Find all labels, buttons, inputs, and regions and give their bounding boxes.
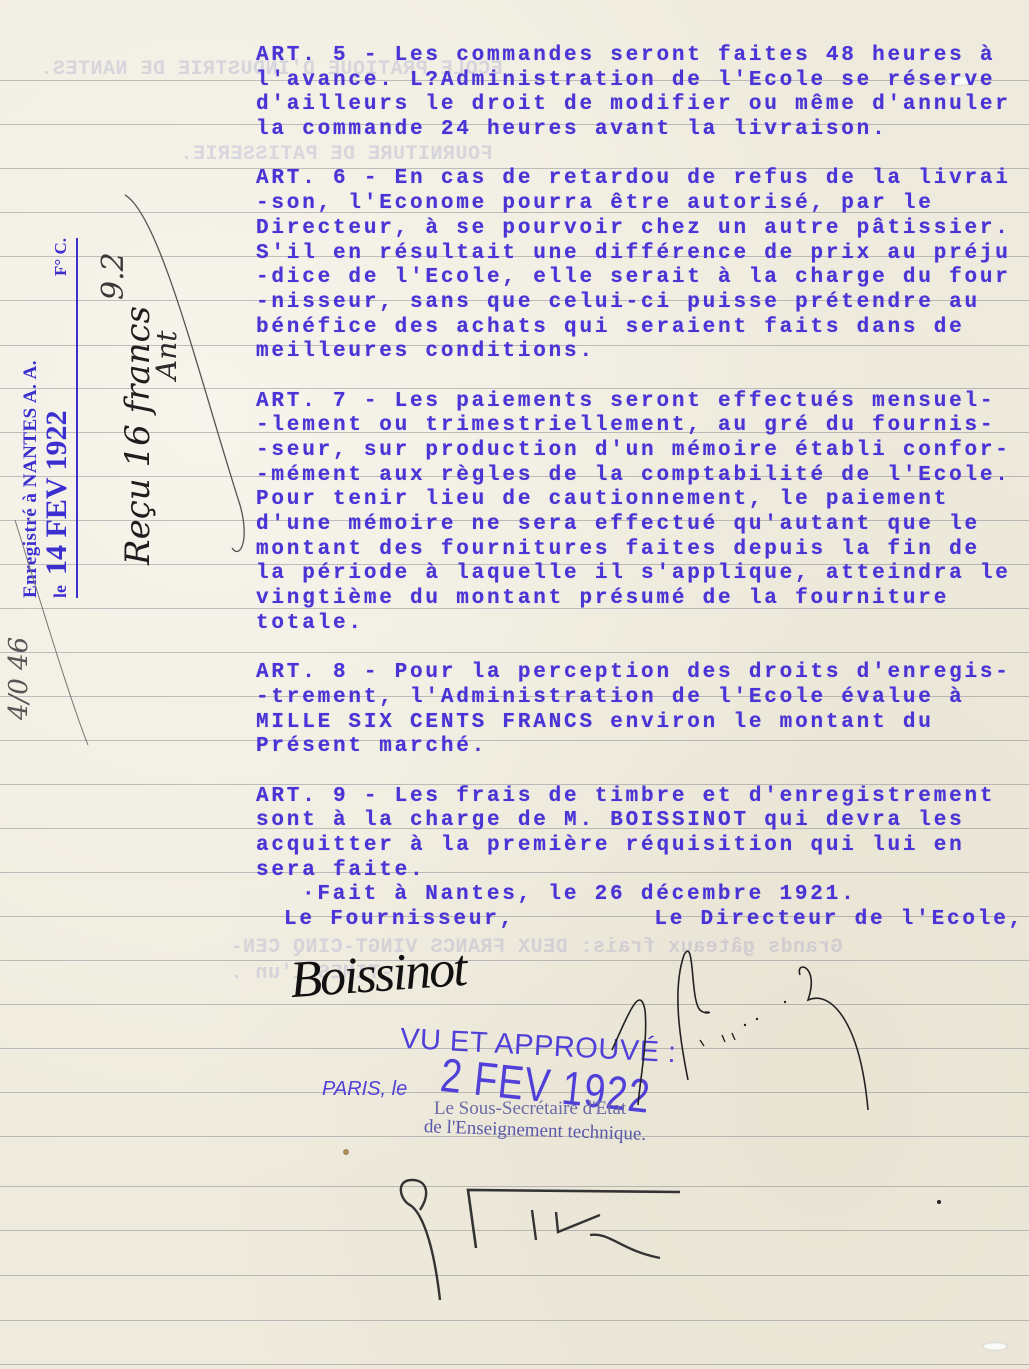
approval-caption: Le Sous-Secrétaire d'Etat de l'Enseignem… bbox=[340, 1098, 720, 1142]
text-line: la période à laquelle il s'applique, att… bbox=[256, 562, 1016, 587]
text-line: Présent marché. bbox=[256, 735, 1016, 760]
text-line: d'une mémoire ne sera effectué qu'autant… bbox=[256, 513, 1016, 538]
ruled-line bbox=[0, 1230, 1029, 1231]
text-line: MILLE SIX CENTS FRANCS environ le montan… bbox=[256, 711, 1016, 736]
ruled-line bbox=[0, 960, 1029, 961]
text-line: ART. 9 - Les frais de timbre et d'enregi… bbox=[256, 785, 1016, 810]
handwritten-margin-note: 4/0 46 bbox=[4, 637, 34, 720]
article-7: ART. 7 - Les paiements seront effectués … bbox=[256, 390, 1016, 637]
handwritten-folio-number: 9.2 bbox=[96, 252, 131, 300]
ruled-line bbox=[0, 1320, 1029, 1321]
punch-hole bbox=[982, 1342, 1008, 1351]
article-8: ART. 8 - Pour la perception des droits d… bbox=[256, 661, 1016, 760]
ruled-line bbox=[0, 1275, 1029, 1276]
text-line: S'il en résultait une différence de prix… bbox=[256, 242, 1016, 267]
text-line: -dice de l'Ecole, elle serait à la charg… bbox=[256, 266, 1016, 291]
text-line: sont à la charge de M. BOISSINOT qui dev… bbox=[256, 809, 1016, 834]
text-line: vingtième du montant présumé de la fourn… bbox=[256, 587, 1016, 612]
typed-body: ART. 5 - Les commandes seront faites 48 … bbox=[256, 44, 1016, 933]
signature-labels: Le Fournisseur, Le Directeur de l'Ecole, bbox=[256, 908, 1024, 933]
text-line: ART. 6 - En cas de retardou de refus de … bbox=[256, 167, 1016, 192]
text-line: -son, l'Econome pourra être autorisé, pa… bbox=[256, 192, 1016, 217]
ruled-line bbox=[0, 1364, 1029, 1365]
text-line: -trement, l'Administration de l'Ecole év… bbox=[256, 686, 1016, 711]
supplier-signature: Boissinot bbox=[288, 939, 467, 1010]
text-line: -mément aux règles de la comptabilité de… bbox=[256, 464, 1016, 489]
text-line: Directeur, à se pourvoir chez un autre p… bbox=[256, 217, 1016, 242]
text-line: ART. 7 - Les paiements seront effectués … bbox=[256, 390, 1016, 415]
registration-date: 14 FEV 1922 bbox=[42, 411, 72, 575]
handwritten-initials: Ant bbox=[150, 330, 183, 380]
article-9: ART. 9 - Les frais de timbre et d'enregi… bbox=[256, 785, 1016, 884]
text-line: acquitter à la première réquisition qui … bbox=[256, 834, 1016, 859]
text-line: -nisseur, sans que celui-ci puisse préte… bbox=[256, 291, 1016, 316]
text-line: totale. bbox=[256, 612, 1016, 637]
closing-block: ·Fait à Nantes, le 26 décembre 1921. Le … bbox=[256, 883, 1016, 932]
approval-stamp: VU ET APPROUVÉ : PARIS, le 2 FEV 1922 bbox=[380, 1030, 677, 1063]
article-6: ART. 6 - En cas de retardou de refus de … bbox=[256, 167, 1016, 365]
text-line: meilleures conditions. bbox=[256, 340, 1016, 365]
supplier-label: Le Fournisseur, bbox=[284, 908, 515, 933]
text-line: Pour tenir lieu de cautionnement, le pai… bbox=[256, 488, 1016, 513]
text-line: ART. 8 - Pour la perception des droits d… bbox=[256, 661, 1016, 686]
text-line: -lement ou trimestriellement, au gré du … bbox=[256, 414, 1016, 439]
director-label: Le Directeur de l'Ecole, bbox=[654, 908, 1024, 933]
registration-stamp-title: Enregistré à NANTES A. A. bbox=[20, 218, 42, 598]
text-line: bénéfice des achats qui seraient faits d… bbox=[256, 316, 1016, 341]
registration-stamp: Enregistré à NANTES A. A. le 14 FEV 1922… bbox=[20, 218, 90, 598]
registration-folio: F° C. bbox=[46, 238, 76, 276]
registration-le: le bbox=[45, 585, 75, 598]
text-line: la commande 24 heures avant la livraison… bbox=[256, 118, 1016, 143]
ruled-line bbox=[0, 1004, 1029, 1005]
text-line: -seur, sur production d'un mémoire établ… bbox=[256, 439, 1016, 464]
text-line: d'ailleurs le droit de modifier ou même … bbox=[256, 93, 1016, 118]
place-date: ·Fait à Nantes, le 26 décembre 1921. bbox=[256, 883, 1016, 908]
article-5: ART. 5 - Les commandes seront faites 48 … bbox=[256, 44, 1016, 143]
text-line: montant des fournitures faites depuis la… bbox=[256, 538, 1016, 563]
text-line: ART. 5 - Les commandes seront faites 48 … bbox=[256, 44, 1016, 69]
text-line: sera faite. bbox=[256, 859, 1016, 884]
text-line: l'avance. L?Administration de l'Ecole se… bbox=[256, 69, 1016, 94]
registration-stamp-date-row: le 14 FEV 1922 F° C. bbox=[42, 238, 78, 598]
ruled-line bbox=[0, 1186, 1029, 1187]
